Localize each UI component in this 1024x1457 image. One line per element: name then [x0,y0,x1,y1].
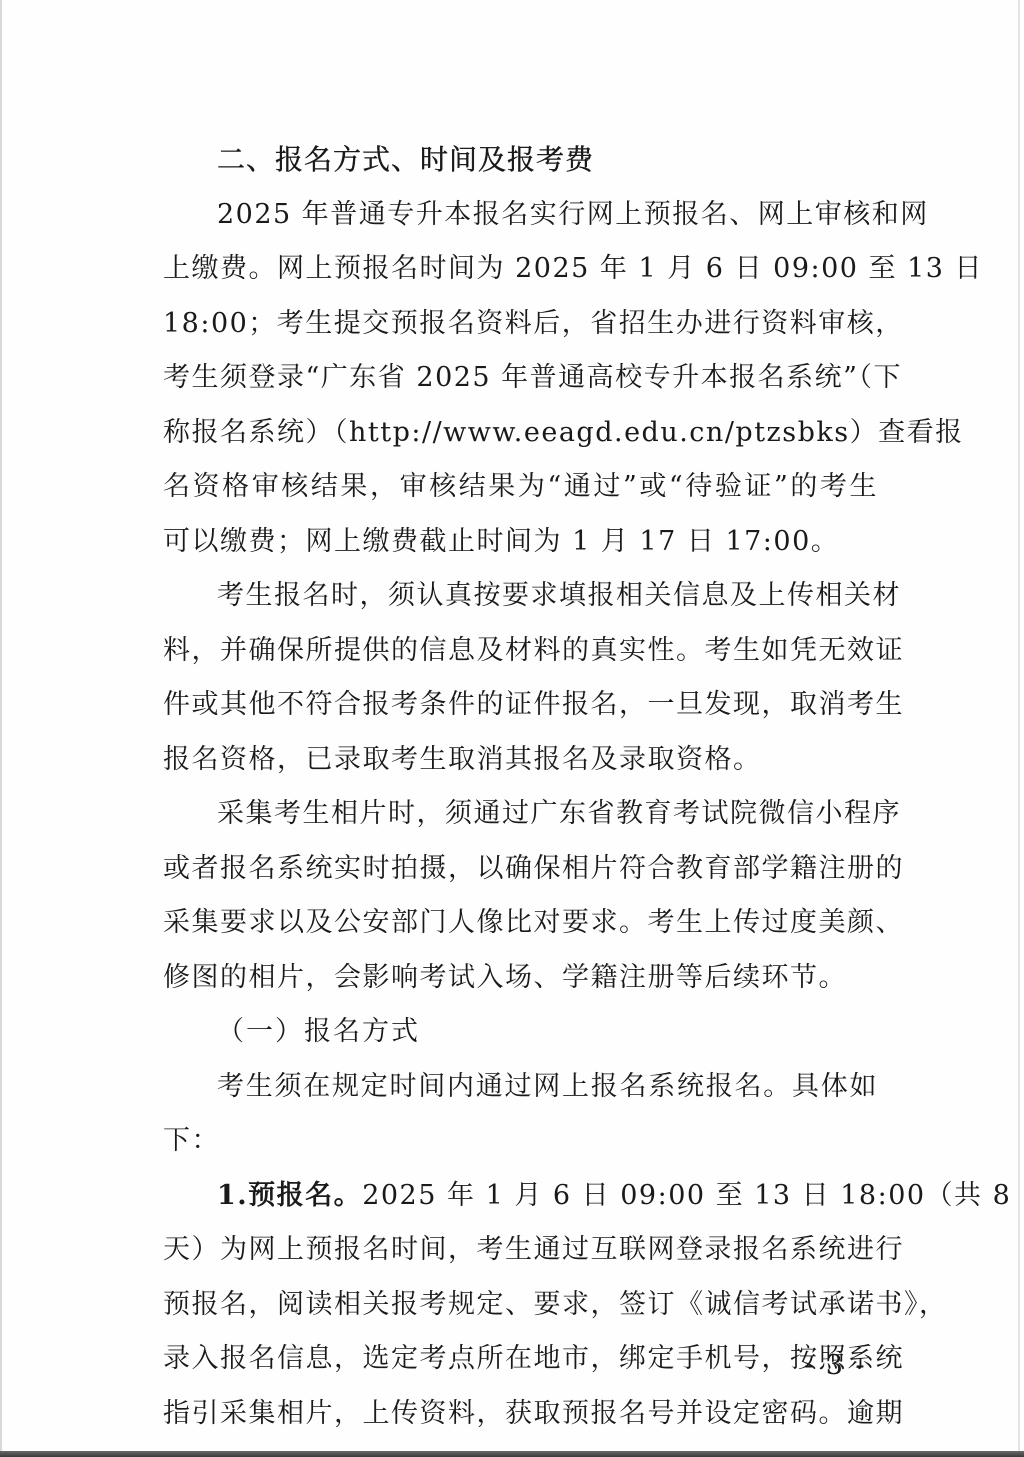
paragraph-line: 指引采集相片，上传资料，获取预报名号并设定密码。逾期 [163,1392,878,1447]
paragraph-intro: 考生须在规定时间内通过网上报名系统报名。具体如 下： [163,1065,878,1174]
paragraph-line: 可以缴费；网上缴费截止时间为 1 月 17 日 17:00。 [163,520,878,575]
paragraph-line: 下： [163,1119,878,1174]
paragraph-line: 上缴费。网上预报名时间为 2025 年 1 月 6 日 09:00 至 13 日 [163,247,878,302]
paragraph-line: 或者报名系统实时拍摄，以确保相片符合教育部学籍注册的 [163,847,878,902]
paragraph-line: 件或其他不符合报考条件的证件报名，一旦发现，取消考生 [163,683,878,738]
paragraph-line: 采集要求以及公安部门人像比对要求。考生上传过度美颜、 [163,901,878,956]
section-heading: 二、报名方式、时间及报考费 [163,138,878,193]
paragraph-line: 预报名，阅读相关报考规定、要求，签订《诚信考试承诺书》， [163,1283,878,1338]
paragraph-line: 天）为网上预报名时间，考生通过互联网登录报名系统进行 [163,1228,878,1283]
paragraph-authenticity: 考生报名时，须认真按要求填报相关信息及上传相关材 料，并确保所提供的信息及材料的… [163,574,878,792]
paragraph-line: 采集考生相片时，须通过广东省教育考试院微信小程序 [163,792,878,847]
paragraph-line: 录入报名信息，选定考点所在地市，绑定手机号，按照系统 [163,1337,878,1392]
page-number: - 3 - [804,1350,867,1381]
paragraph-line-with-url: 称报名系统）（http://www.eeagd.edu.cn/ptzsbks）查… [163,411,878,466]
paragraph-photo-collection: 采集考生相片时，须通过广东省教育考试院微信小程序 或者报名系统实时拍摄，以确保相… [163,792,878,1010]
scan-bottom-edge [0,1451,1024,1457]
document-body: 二、报名方式、时间及报考费 2025 年普通专升本报名实行网上预报名、网上审核和… [163,138,878,1446]
paragraph-line: 考生须在规定时间内通过网上报名系统报名。具体如 [163,1065,878,1120]
list-item-text: 2025 年 1 月 6 日 09:00 至 13 日 18:00（共 8 [362,1180,1011,1211]
subsection-heading: （一）报名方式 [163,1010,878,1065]
paragraph-line: 18:00；考生提交预报名资料后，省招生办进行资料审核， [163,302,878,357]
paragraph-line: 修图的相片，会影响考试入场、学籍注册等后续环节。 [163,956,878,1011]
document-page: 二、报名方式、时间及报考费 2025 年普通专升本报名实行网上预报名、网上审核和… [0,0,1020,1451]
paragraph-line: 考生须登录“广东省 2025 年普通高校专升本报名系统”（下 [163,356,878,411]
list-item-first-line: 1.预报名。2025 年 1 月 6 日 09:00 至 13 日 18:00（… [163,1174,878,1229]
list-item-label: 1.预报名。 [217,1180,362,1211]
paragraph-line: 料，并确保所提供的信息及材料的真实性。考生如凭无效证 [163,629,878,684]
paragraph-line: 报名资格，已录取考生取消其报名及录取资格。 [163,738,878,793]
page-left-edge [0,0,2,1451]
list-item-pre-registration: 1.预报名。2025 年 1 月 6 日 09:00 至 13 日 18:00（… [163,1174,878,1447]
paragraph-line: 2025 年普通专升本报名实行网上预报名、网上审核和网 [163,193,878,248]
paragraph-registration-schedule: 2025 年普通专升本报名实行网上预报名、网上审核和网 上缴费。网上预报名时间为… [163,193,878,575]
paragraph-line: 考生报名时，须认真按要求填报相关信息及上传相关材 [163,574,878,629]
paragraph-line: 名资格审核结果，审核结果为“通过”或“待验证”的考生 [163,465,878,520]
